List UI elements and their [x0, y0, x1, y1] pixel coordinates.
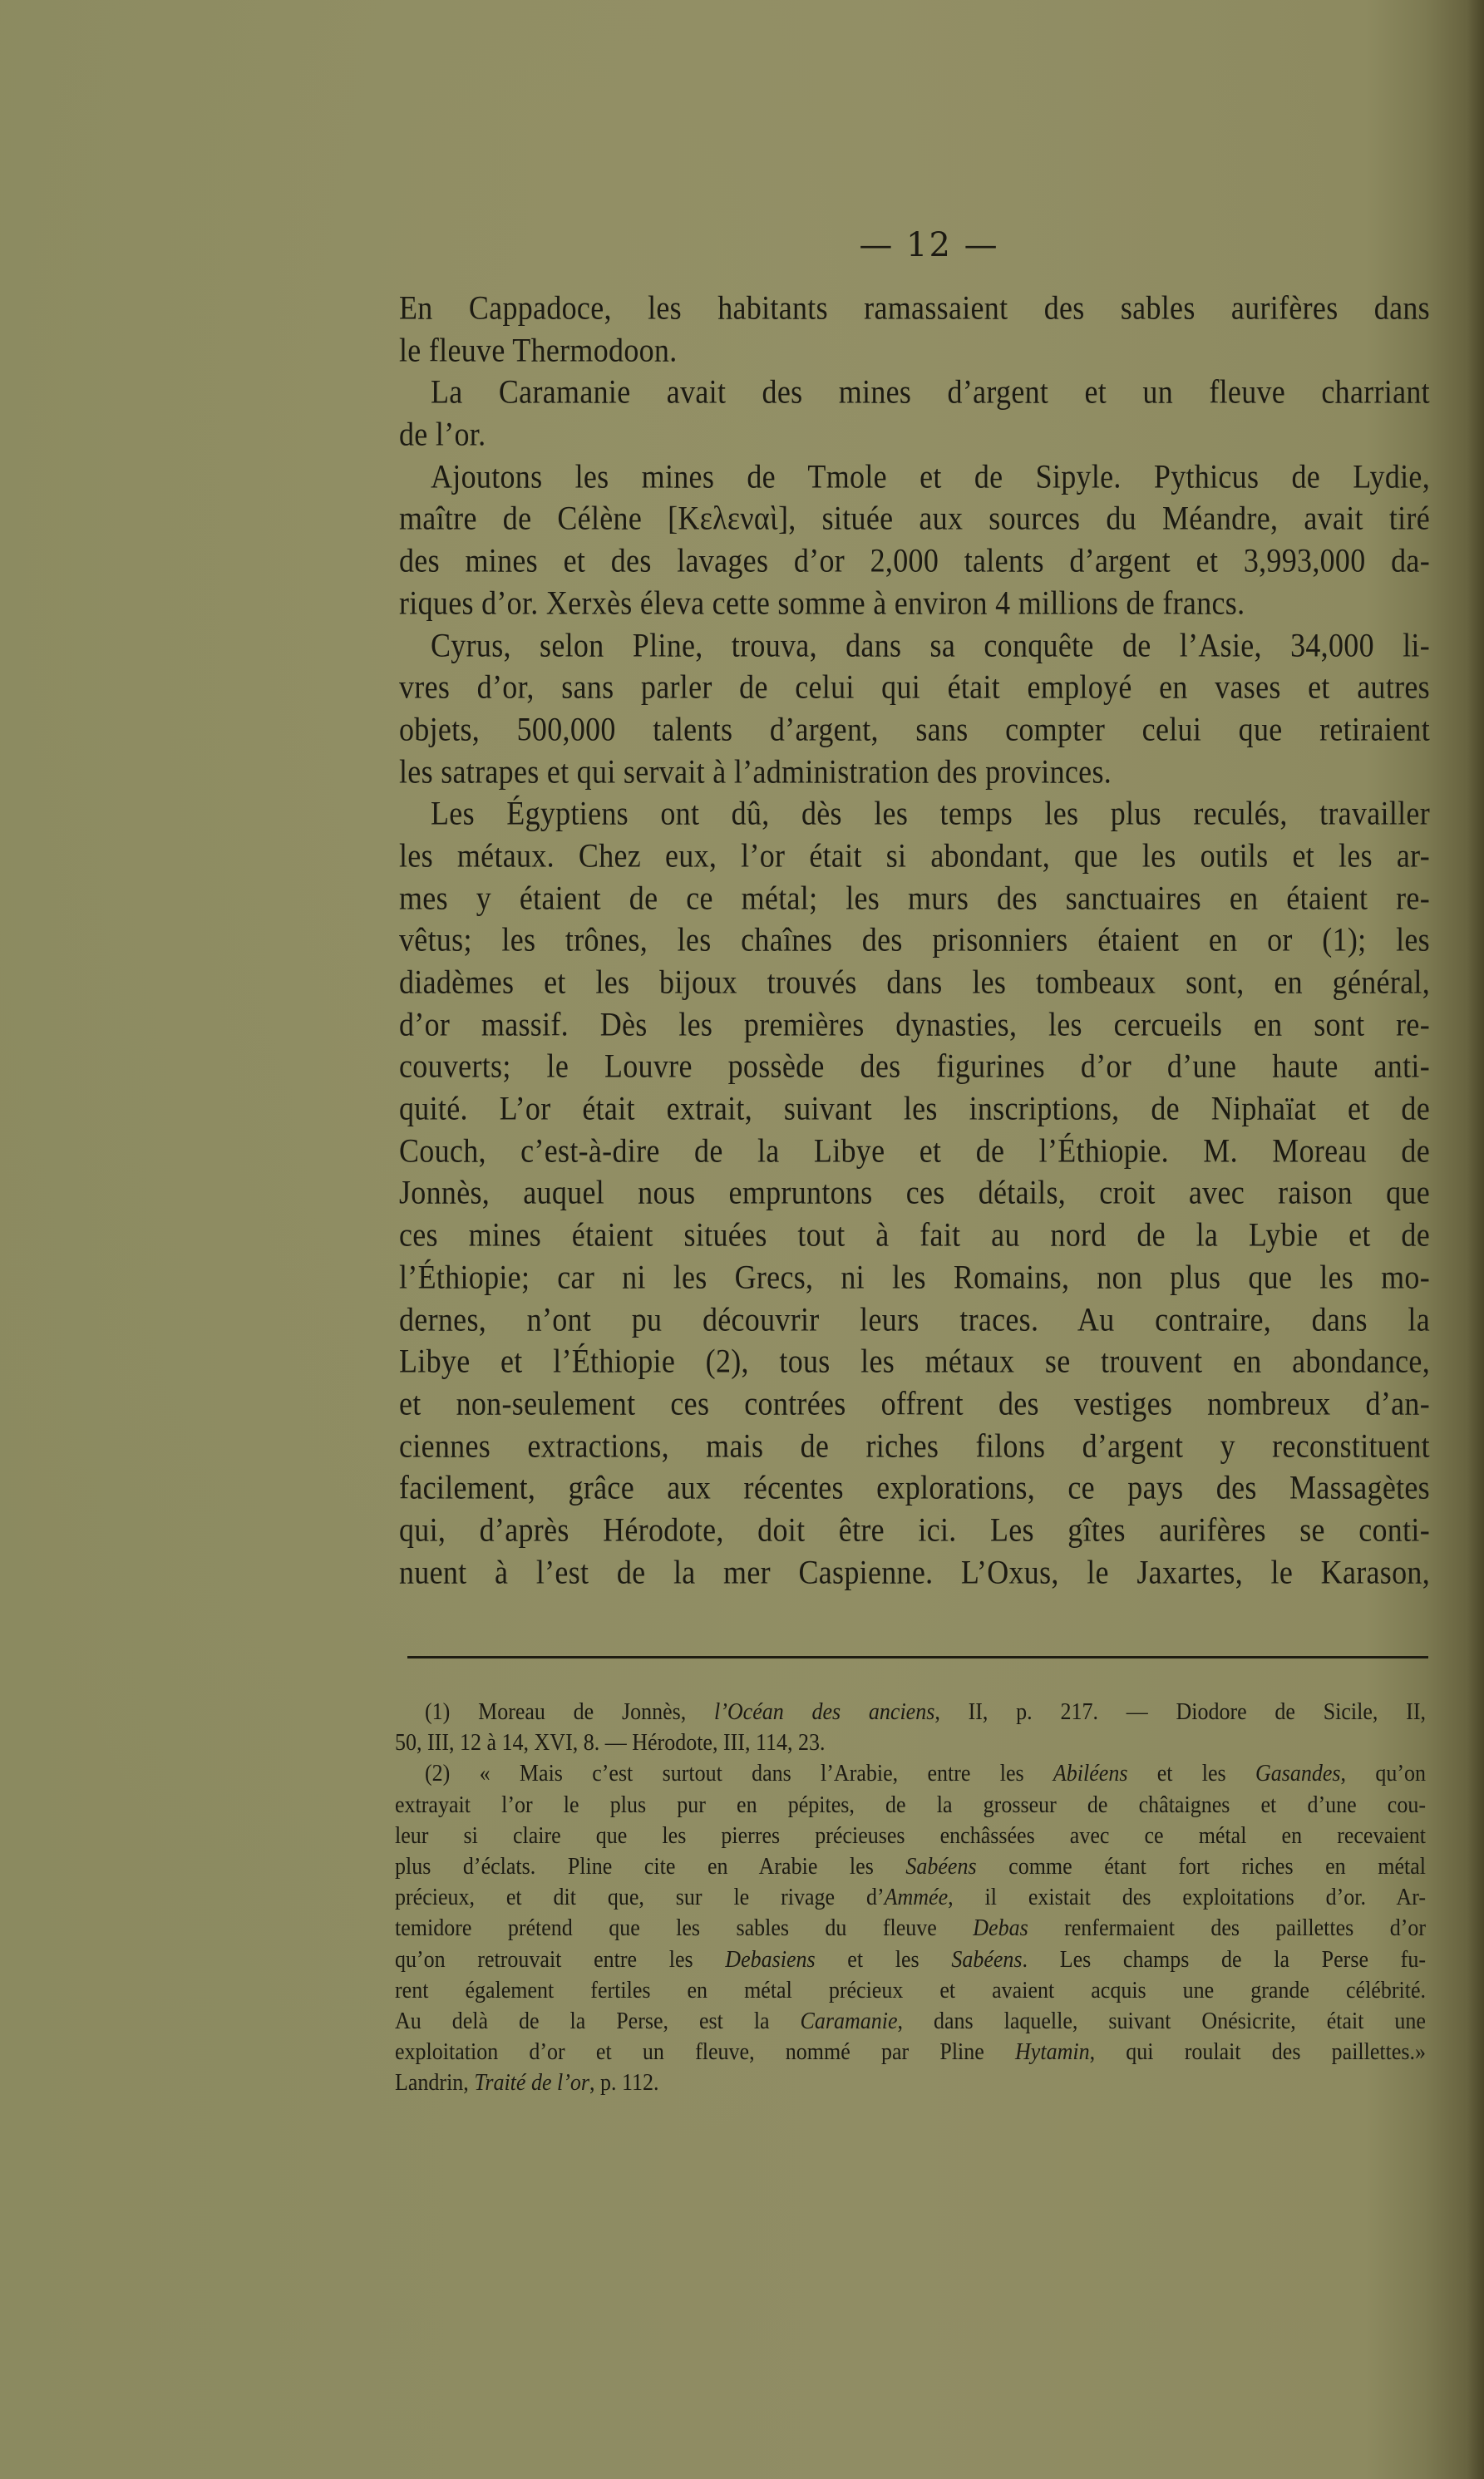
- body-line: des mines et des lavages d’or 2,000 tale…: [399, 537, 1430, 584]
- body-line: dernes, n’ont pu découvrir leurs traces.…: [399, 1295, 1430, 1343]
- footnote-line: (1) Moreau de Jonnès, l’Océan des ancien…: [395, 1694, 1426, 1728]
- footnote-separator-rule: [407, 1656, 1428, 1658]
- body-line: Ajoutons les mines de Tmole et de Sipyle…: [399, 453, 1430, 500]
- body-line: vres d’or, sans parler de celui qui étai…: [399, 663, 1430, 711]
- footnote-line: 50, III, 12 à 14, XVI, 8. — Hérodote, II…: [395, 1725, 1426, 1759]
- body-line: et non-seulement ces contrées offrent de…: [399, 1380, 1430, 1427]
- spine-shadow: [1467, 0, 1484, 2479]
- footnote-line: Landrin, Traité de l’or, p. 112.: [395, 2065, 1426, 2099]
- body-line: La Caramanie avait des mines d’argent et…: [399, 368, 1430, 416]
- body-line: vêtus; les trônes, les chaînes des priso…: [399, 916, 1430, 964]
- body-line: Jonnès, auquel nous empruntons ces détai…: [399, 1169, 1430, 1216]
- footnote-line: leur si claire que les pierres précieuse…: [395, 1818, 1426, 1852]
- body-line: le fleuve Thermodoon.: [399, 327, 1430, 374]
- footnote-line: qu’on retrouvait entre les Debasiens et …: [395, 1942, 1426, 1976]
- body-line: ciennes extractions, mais de riches filo…: [399, 1422, 1430, 1470]
- body-text: En Cappadoce, les habitants ramassaient …: [399, 287, 1430, 1593]
- book-page: — 12 — En Cappadoce, les habitants ramas…: [0, 0, 1484, 2479]
- body-line: En Cappadoce, les habitants ramassaient …: [399, 284, 1430, 332]
- page-number: — 12 —: [0, 226, 1484, 264]
- body-line: diadèmes et les bijoux trouvés dans les …: [399, 959, 1430, 1006]
- body-line: objets, 500,000 talents d’argent, sans c…: [399, 706, 1430, 753]
- footnote-line: rent également fertiles en métal précieu…: [395, 1973, 1426, 2007]
- footnote-line: précieux, et dit que, sur le rivage d’Am…: [395, 1880, 1426, 1914]
- body-line: les satrapes et qui servait à l’administ…: [399, 748, 1430, 796]
- body-line: qui, d’après Hérodote, doit être ici. Le…: [399, 1506, 1430, 1554]
- body-line: Les Égyptiens ont dû, dès les temps les …: [399, 790, 1430, 837]
- body-line: Cyrus, selon Pline, trouva, dans sa conq…: [399, 621, 1430, 668]
- footnote-line: Au delà de la Perse, est la Caramanie, d…: [395, 2003, 1426, 2038]
- body-line: quité. L’or était extrait, suivant les i…: [399, 1085, 1430, 1132]
- body-line: les métaux. Chez eux, l’or était si abon…: [399, 832, 1430, 880]
- body-line: l’Éthiopie; car ni les Grecs, ni les Rom…: [399, 1254, 1430, 1301]
- body-line: nuent à l’est de la mer Caspienne. L’Oxu…: [399, 1549, 1430, 1596]
- body-line: de l’or.: [399, 411, 1430, 458]
- body-line: ces mines étaient situées tout à fait au…: [399, 1211, 1430, 1259]
- body-line: mes y étaient de ce métal; les murs des …: [399, 875, 1430, 922]
- footnote-line: (2) « Mais c’est surtout dans l’Arabie, …: [395, 1757, 1426, 1791]
- body-line: Libye et l’Éthiopie (2), tous les métaux…: [399, 1338, 1430, 1385]
- body-line: maître de Célène [Κελεναὶ], située aux s…: [399, 495, 1430, 542]
- body-line: facilement, grâce aux récentes explorati…: [399, 1464, 1430, 1511]
- footnote-line: exploitation d’or et un fleuve, nommé pa…: [395, 2034, 1426, 2068]
- footnote-line: plus d’éclats. Pline cite en Arabie les …: [395, 1849, 1426, 1883]
- body-line: Couch, c’est-à-dire de la Libye et de l’…: [399, 1127, 1430, 1175]
- body-line: couverts; le Louvre possède des figurine…: [399, 1042, 1430, 1090]
- body-line: d’or massif. Dès les premières dynasties…: [399, 1001, 1430, 1048]
- body-line: riques d’or. Xerxès éleva cette somme à …: [399, 579, 1430, 627]
- footnote-line: temidore prétend que les sables du fleuv…: [395, 1910, 1426, 1944]
- footnotes: (1) Moreau de Jonnès, l’Océan des ancien…: [395, 1696, 1426, 2097]
- footnote-line: extrayait l’or le plus pur en pépites, d…: [395, 1787, 1426, 1821]
